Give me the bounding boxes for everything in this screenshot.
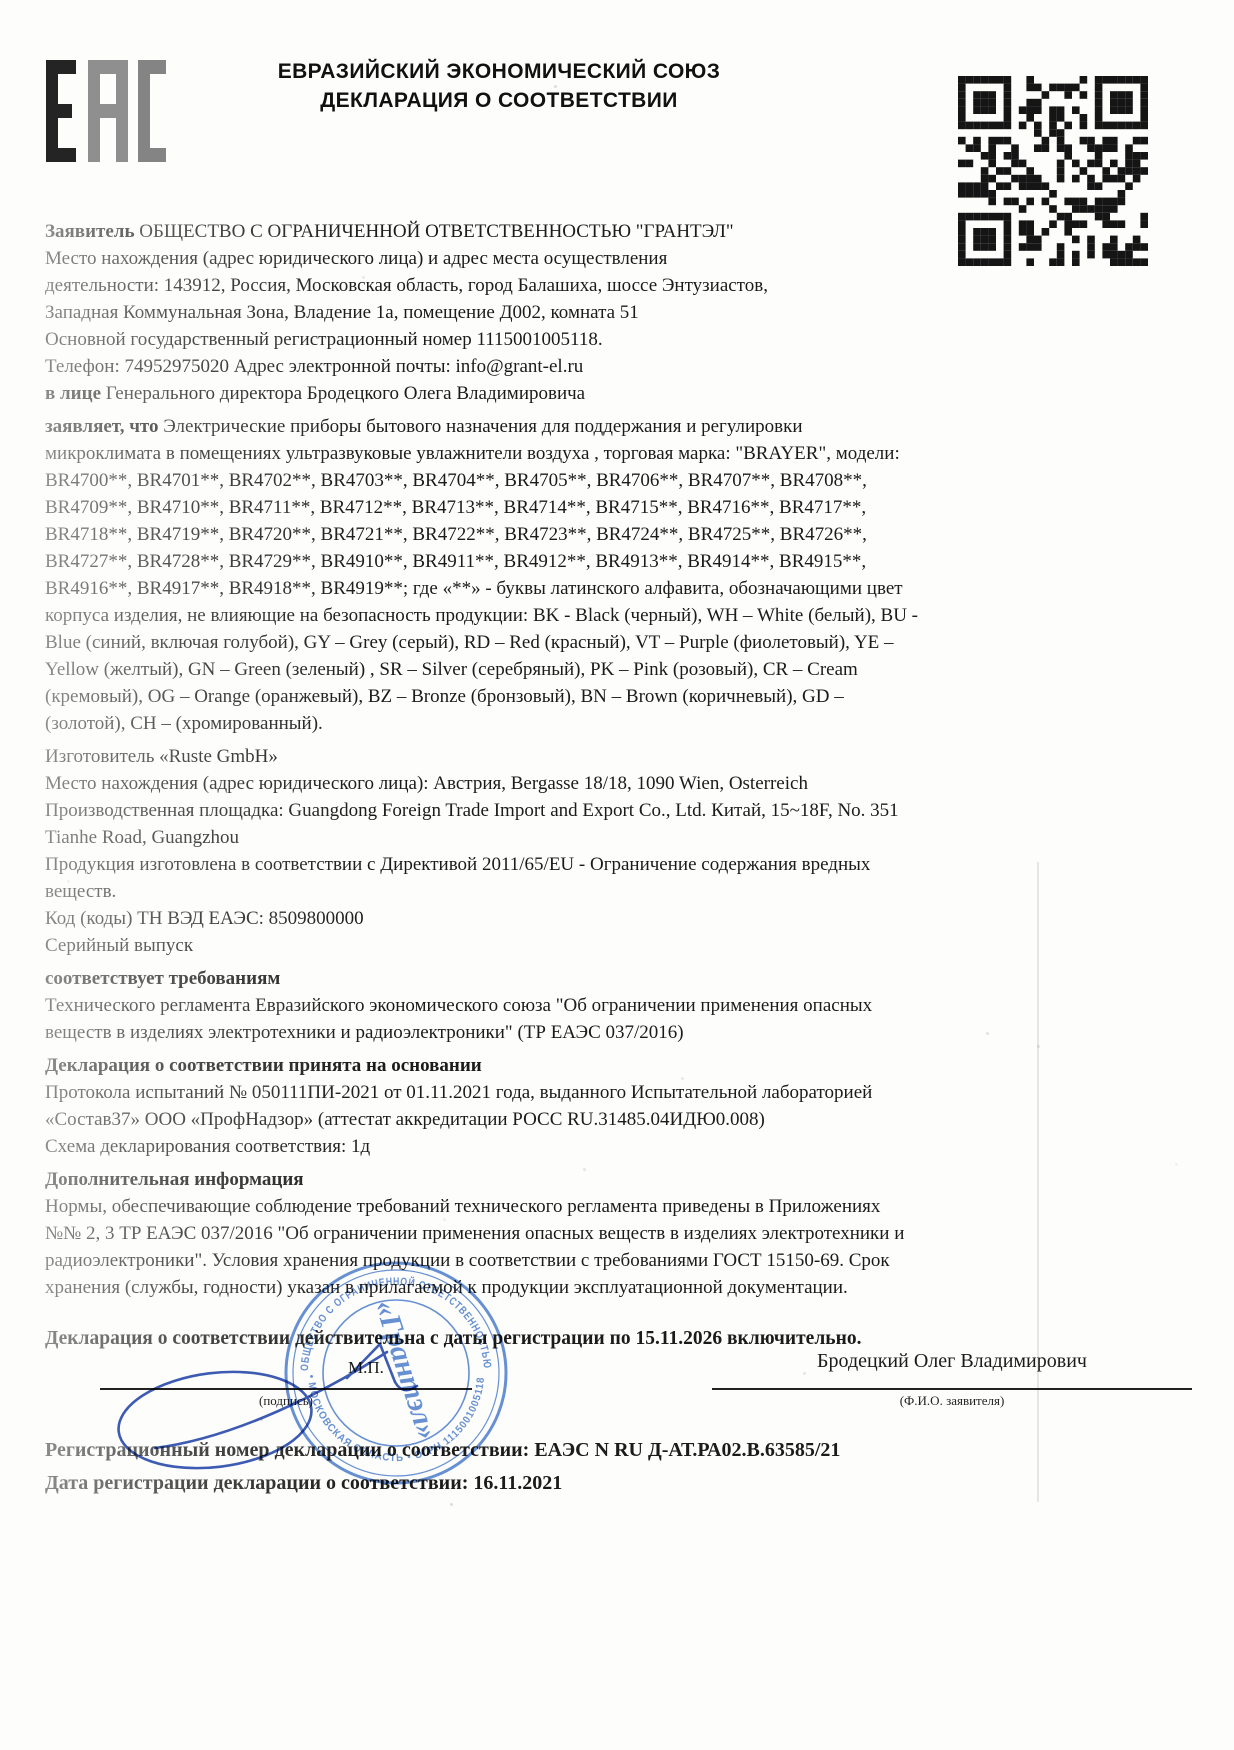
doc-line-text: корпуса изделия, не влияющие на безопасн… (45, 605, 918, 626)
doc-line: Изготовитель «Ruste GmbH» (45, 743, 1185, 770)
doc-line: Технического регламента Евразийского эко… (45, 992, 1185, 1019)
doc-line: Схема декларирования соответствия: 1д (45, 1133, 1185, 1160)
doc-line: деятельности: 143912, Россия, Московская… (45, 272, 1185, 299)
doc-line: Заявитель ОБЩЕСТВО С ОГРАНИЧЕННОЙ ОТВЕТС… (45, 218, 1185, 245)
doc-line: соответствует требованиям (45, 965, 1185, 992)
header-title-line1: ЕВРАЗИЙСКИЙ ЭКОНОМИЧЕСКИЙ СОЮЗ (238, 57, 760, 86)
doc-line: Yellow (желтый), GN – Green (зеленый) , … (45, 656, 1185, 683)
doc-line: хранения (службы, годности) указан в при… (45, 1274, 1185, 1301)
doc-line: Нормы, обеспечивающие соблюдение требова… (45, 1193, 1185, 1220)
scan-speck (1175, 1163, 1178, 1166)
doc-line-text: деятельности: 143912, Россия, Московская… (45, 275, 768, 296)
scan-speck (538, 1282, 541, 1285)
doc-line: Дополнительная информация (45, 1166, 1185, 1193)
doc-line-text: BR4916**, BR4917**, BR4918**, BR4919**; … (45, 578, 903, 599)
doc-line: Протокола испытаний № 050111ПИ-2021 от 0… (45, 1079, 1185, 1106)
doc-line-text: Серийный выпуск (45, 935, 193, 956)
applicant-name: Бродецкий Олег Владимирович (712, 1350, 1192, 1373)
doc-line: Blue (синий, включая голубой), GY – Grey… (45, 629, 1185, 656)
doc-line: микроклимата в помещениях ультразвуковые… (45, 440, 1185, 467)
eac-logo-icon (46, 60, 166, 167)
doc-line: (кремовый), OG – Orange (оранжевый), BZ … (45, 683, 1185, 710)
doc-line: (золотой), CH – (хромированный). (45, 710, 1185, 737)
doc-line: Tianhe Road, Guangzhou (45, 824, 1185, 851)
scan-speck (803, 1372, 806, 1375)
doc-line: Серийный выпуск (45, 932, 1185, 959)
doc-line: Производственная площадка: Guangdong For… (45, 797, 1185, 824)
doc-line: веществ в изделиях электротехники и ради… (45, 1019, 1185, 1046)
scan-speck (583, 1168, 586, 1171)
doc-line-bold: Заявитель (45, 221, 135, 242)
doc-line: радиоэлектроники". Условия хранения прод… (45, 1247, 1185, 1274)
doc-line: Место нахождения (адрес юридического лиц… (45, 770, 1185, 797)
doc-line-text: Технического регламента Евразийского эко… (45, 995, 872, 1016)
doc-line-text: Изготовитель «Ruste GmbH» (45, 746, 278, 767)
doc-line-text: Западная Коммунальная Зона, Владение 1а,… (45, 302, 639, 323)
fio-caption: (Ф.И.О. заявителя) (712, 1393, 1192, 1409)
doc-line-text: Нормы, обеспечивающие соблюдение требова… (45, 1196, 880, 1217)
doc-line: Код (коды) ТН ВЭД ЕАЭС: 8509800000 (45, 905, 1185, 932)
doc-line-text: веществ в изделиях электротехники и ради… (45, 1022, 684, 1043)
doc-line-text: Место нахождения (адрес юридического лиц… (45, 773, 808, 794)
doc-line: «Состав37» ООО «ПрофНадзор» (аттестат ак… (45, 1106, 1185, 1133)
doc-line-text: Электрические приборы бытового назначени… (159, 416, 803, 437)
scan-speck (443, 1218, 446, 1221)
signature-line-right (712, 1388, 1192, 1390)
doc-line-text: BR4727**, BR4728**, BR4729**, BR4910**, … (45, 551, 866, 572)
doc-line-text: Протокола испытаний № 050111ПИ-2021 от 0… (45, 1082, 872, 1103)
doc-line: Декларация о соответствии принята на осн… (45, 1052, 1185, 1079)
scan-speck (681, 1077, 684, 1080)
doc-line-text: Blue (синий, включая голубой), GY – Grey… (45, 632, 894, 653)
doc-line-text: Схема декларирования соответствия: 1д (45, 1136, 370, 1157)
doc-line-text: BR4700**, BR4701**, BR4702**, BR4703**, … (45, 470, 867, 491)
doc-line: веществ. (45, 878, 1185, 905)
doc-line: корпуса изделия, не влияющие на безопасн… (45, 602, 1185, 629)
doc-line: Основной государственный регистрационный… (45, 326, 1185, 353)
doc-line-text: Yellow (желтый), GN – Green (зеленый) , … (45, 659, 858, 680)
doc-line-text: Продукция изготовлена в соответствии с Д… (45, 854, 870, 875)
declaration-page: ЕВРАЗИЙСКИЙ ЭКОНОМИЧЕСКИЙ СОЮЗ ДЕКЛАРАЦИ… (0, 0, 1234, 1750)
doc-line-text: Код (коды) ТН ВЭД ЕАЭС: 8509800000 (45, 908, 364, 929)
doc-line-text: №№ 2, 3 ТР ЕАЭС 037/2016 "Об ограничении… (45, 1223, 904, 1244)
header-title-line2: ДЕКЛАРАЦИЯ О СООТВЕТСТВИИ (238, 86, 760, 115)
doc-line: BR4727**, BR4728**, BR4729**, BR4910**, … (45, 548, 1185, 575)
doc-line-text: веществ. (45, 881, 116, 902)
doc-line-bold: Дополнительная информация (45, 1169, 304, 1190)
doc-line-text: Генерального директора Бродецкого Олега … (101, 383, 585, 404)
doc-line-text: «Состав37» ООО «ПрофНадзор» (аттестат ак… (45, 1109, 765, 1130)
doc-line: Телефон: 74952975020 Адрес электронной п… (45, 353, 1185, 380)
doc-line: Продукция изготовлена в соответствии с Д… (45, 851, 1185, 878)
doc-line-text: (золотой), CH – (хромированный). (45, 713, 323, 734)
signature-scribble (95, 1330, 455, 1500)
header-title: ЕВРАЗИЙСКИЙ ЭКОНОМИЧЕСКИЙ СОЮЗ ДЕКЛАРАЦИ… (238, 57, 760, 115)
scan-speck (260, 1418, 263, 1421)
doc-line-text: Основной государственный регистрационный… (45, 329, 603, 350)
doc-line-text: Место нахождения (адрес юридического лиц… (45, 248, 667, 269)
doc-line: BR4700**, BR4701**, BR4702**, BR4703**, … (45, 467, 1185, 494)
scan-speck (450, 1503, 453, 1506)
doc-line-bold: заявляет, что (45, 416, 159, 437)
doc-line-bold: Декларация о соответствии принята на осн… (45, 1055, 482, 1076)
doc-line-text: BR4718**, BR4719**, BR4720**, BR4721**, … (45, 524, 867, 545)
doc-body: Заявитель ОБЩЕСТВО С ОГРАНИЧЕННОЙ ОТВЕТС… (45, 218, 1185, 1301)
doc-line-text: Производственная площадка: Guangdong For… (45, 800, 899, 821)
doc-line-text: ОБЩЕСТВО С ОГРАНИЧЕННОЙ ОТВЕТСТВЕННОСТЬЮ… (135, 221, 734, 242)
scan-artifact-line (1037, 862, 1039, 1502)
doc-line: BR4718**, BR4719**, BR4720**, BR4721**, … (45, 521, 1185, 548)
doc-line: в лице Генерального директора Бродецкого… (45, 380, 1185, 407)
doc-line-text: BR4709**, BR4710**, BR4711**, BR4712**, … (45, 497, 866, 518)
doc-line: BR4916**, BR4917**, BR4918**, BR4919**; … (45, 575, 1185, 602)
doc-line-text: микроклимата в помещениях ультразвуковые… (45, 443, 900, 464)
doc-line-text: (кремовый), OG – Orange (оранжевый), BZ … (45, 686, 844, 707)
doc-line-text: Телефон: 74952975020 Адрес электронной п… (45, 356, 583, 377)
doc-line: Западная Коммунальная Зона, Владение 1а,… (45, 299, 1185, 326)
doc-line: Место нахождения (адрес юридического лиц… (45, 245, 1185, 272)
doc-line-text: Tianhe Road, Guangzhou (45, 827, 239, 848)
doc-line-bold: в лице (45, 383, 101, 404)
scan-speck (1037, 1045, 1040, 1048)
doc-line-bold: соответствует требованиям (45, 968, 280, 989)
doc-line: BR4709**, BR4710**, BR4711**, BR4712**, … (45, 494, 1185, 521)
doc-line: №№ 2, 3 ТР ЕАЭС 037/2016 "Об ограничении… (45, 1220, 1185, 1247)
doc-line: заявляет, что Электрические приборы быто… (45, 413, 1185, 440)
